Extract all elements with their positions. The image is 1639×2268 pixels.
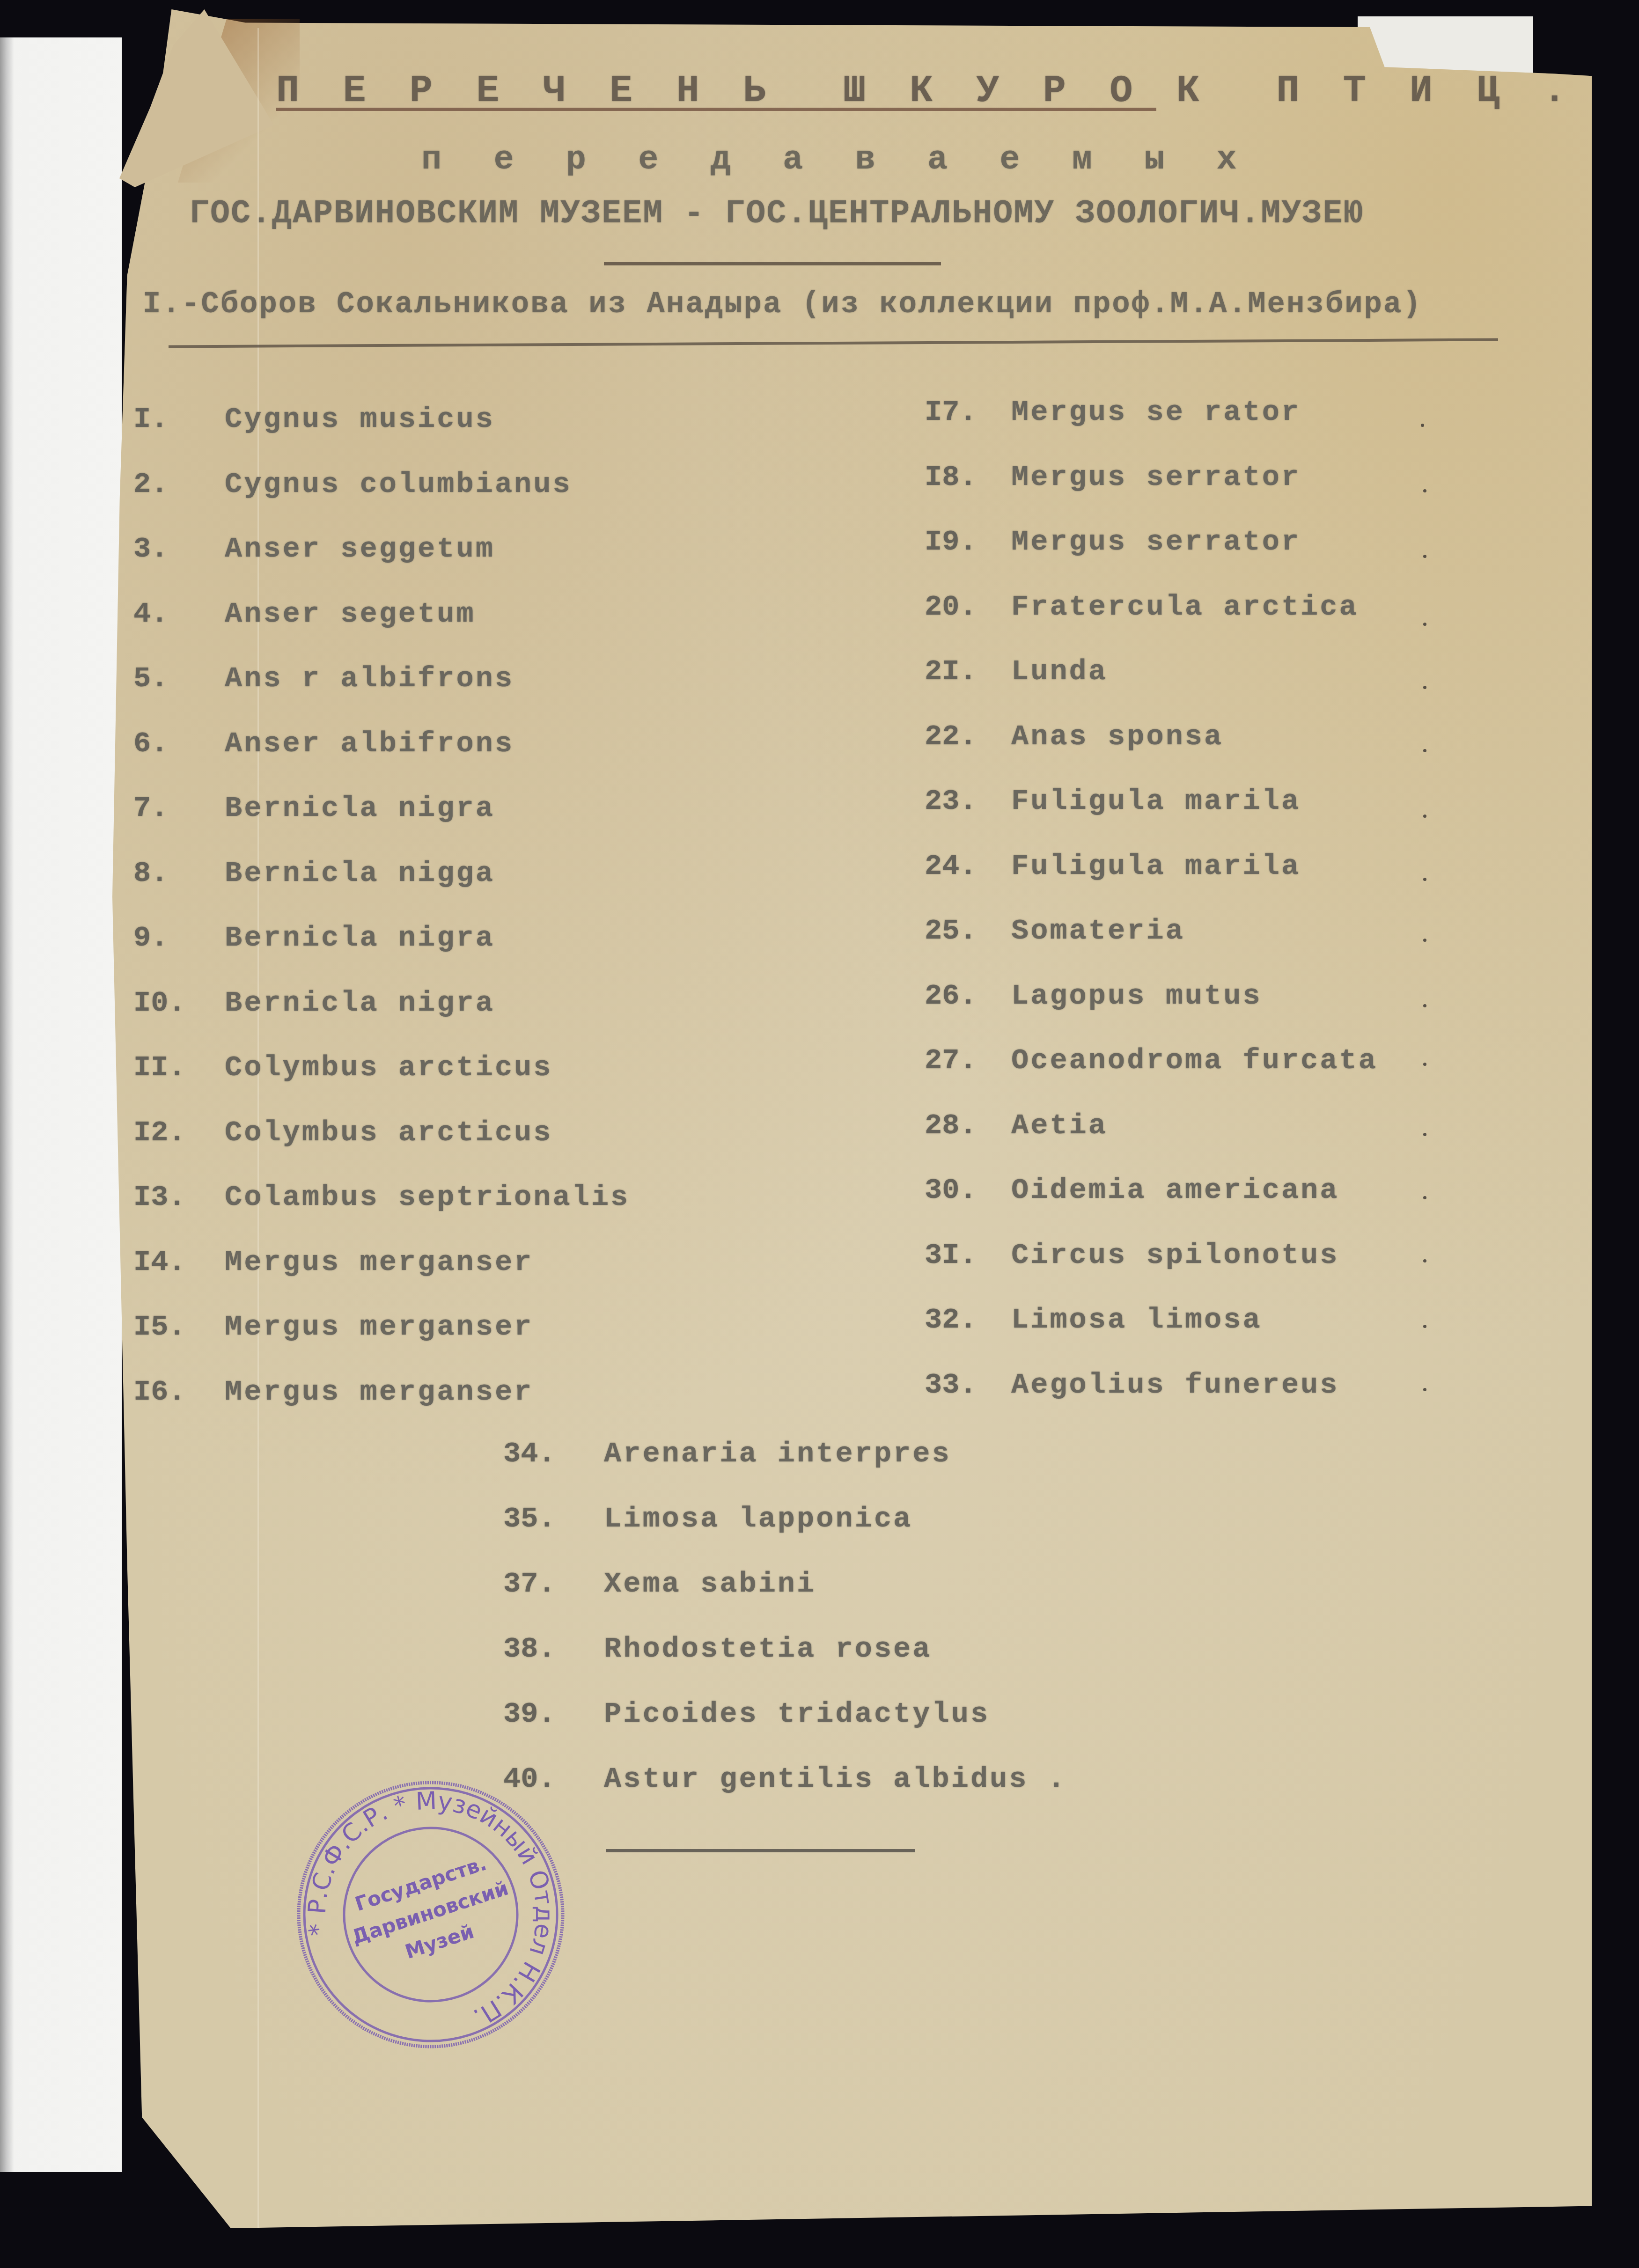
list-item: 28.Aetia [0,1109,1639,1146]
species-name: Rhodostetia rosea [604,1632,932,1666]
item-number: I9. [925,525,977,558]
end-rule [606,1849,915,1852]
species-name: Mergus serrator [1011,461,1301,494]
list-item: 35.Limosa lapponica [0,1502,1639,1540]
margin-mark [1423,1259,1426,1262]
item-number: 34. [503,1437,556,1470]
item-number: 20. [925,590,977,624]
species-name: Mergus se rator [1011,396,1301,429]
title-underline [276,108,1156,111]
margin-mark [1423,1004,1426,1007]
species-name: Lagopus mutus [1011,979,1262,1013]
item-number: 37. [503,1567,556,1600]
item-number: 2I. [925,655,977,688]
margin-mark [1423,555,1426,558]
list-item: 27.Oceanodroma furcata [0,1044,1639,1081]
margin-mark [1423,1388,1426,1391]
org-line: ГОС.ДАРВИНОВСКИМ МУЗЕЕМ - ГОС.ЦЕНТРАЛЬНО… [190,196,1364,233]
item-number: 32. [925,1303,977,1336]
item-number: 25. [925,914,977,947]
species-name: Anas sponsa [1011,720,1223,753]
item-number: 35. [503,1502,556,1535]
document-title: П Е Р Е Ч Е Н Ь Ш К У Р О К П Т И Ц . [276,69,1576,113]
margin-mark [1423,815,1426,818]
list-item: I7.Mergus se rator [0,396,1639,433]
species-name: Oidemia americana [1011,1174,1339,1207]
margin-mark [1423,749,1426,752]
species-name: Somateria [1011,914,1185,947]
list-item: 24.Fuligula marila [0,850,1639,887]
margin-mark [1423,878,1426,881]
list-item: 2I.Lunda [0,655,1639,692]
species-name: Limosa limosa [1011,1303,1262,1336]
list-item: I8.Mergus serrator [0,461,1639,498]
margin-mark [1423,1063,1426,1066]
item-number: 30. [925,1174,977,1207]
margin-mark [1423,623,1426,626]
margin-mark [1421,424,1424,427]
margin-mark [1423,939,1426,942]
list-item: 26.Lagopus mutus [0,979,1639,1017]
species-name: Xema sabini [604,1567,816,1600]
list-item: 39.Picoides tridactylus [0,1697,1639,1735]
list-item: 34.Arenaria interpres [0,1437,1639,1475]
document-subtitle: п е р е д а в а е м ы х [421,140,1253,179]
list-item: 37.Xema sabini [0,1567,1639,1605]
list-item: 38.Rhodostetia rosea [0,1632,1639,1670]
species-name: Fratercula arctica [1011,590,1359,624]
species-name: Aegolius funereus [1011,1368,1339,1402]
item-number: 26. [925,979,977,1013]
species-name: Oceanodroma furcata [1011,1044,1378,1077]
list-item: 33.Aegolius funereus [0,1368,1639,1406]
margin-mark [1423,489,1426,492]
list-item: 3I.Circus spilonotus [0,1239,1639,1276]
item-number: 28. [925,1109,977,1142]
item-number: 23. [925,785,977,818]
item-number: 27. [925,1044,977,1077]
species-name: Lunda [1011,655,1108,688]
item-number: 22. [925,720,977,753]
list-item: 30.Oidemia americana [0,1174,1639,1211]
margin-mark [1423,1325,1426,1328]
species-name: Fuligula marila [1011,785,1301,818]
item-number: 33. [925,1368,977,1402]
margin-mark [1423,1133,1426,1136]
header-rule [604,262,941,265]
species-name: Mergus serrator [1011,525,1301,558]
species-name: Fuligula marila [1011,850,1301,883]
list-item: 23.Fuligula marila [0,785,1639,822]
list-item: I9.Mergus serrator [0,525,1639,563]
section-heading: I.-Сборов Сокальникова из Анадыра (из ко… [143,288,1422,322]
item-number: 39. [503,1697,556,1731]
margin-mark [1423,1196,1426,1199]
species-name: Aetia [1011,1109,1108,1142]
species-name: Picoides tridactylus [604,1697,990,1731]
species-name: Circus spilonotus [1011,1239,1339,1272]
list-item: 32.Limosa limosa [0,1303,1639,1341]
species-name: Astur gentilis albidus . [604,1762,1067,1796]
species-name: Limosa lapponica [604,1502,912,1535]
item-number: 38. [503,1632,556,1666]
list-item: 20.Fratercula arctica [0,590,1639,628]
item-number: 3I. [925,1239,977,1272]
item-number: 24. [925,850,977,883]
list-item: 25.Somateria [0,914,1639,952]
item-number: I8. [925,461,977,494]
list-item: 40.Astur gentilis albidus . [0,1762,1639,1800]
item-number: I7. [925,396,977,429]
margin-mark [1423,686,1426,689]
list-item: 22.Anas sponsa [0,720,1639,757]
backing-sheet-left [0,37,122,2172]
species-name: Arenaria interpres [604,1437,951,1470]
